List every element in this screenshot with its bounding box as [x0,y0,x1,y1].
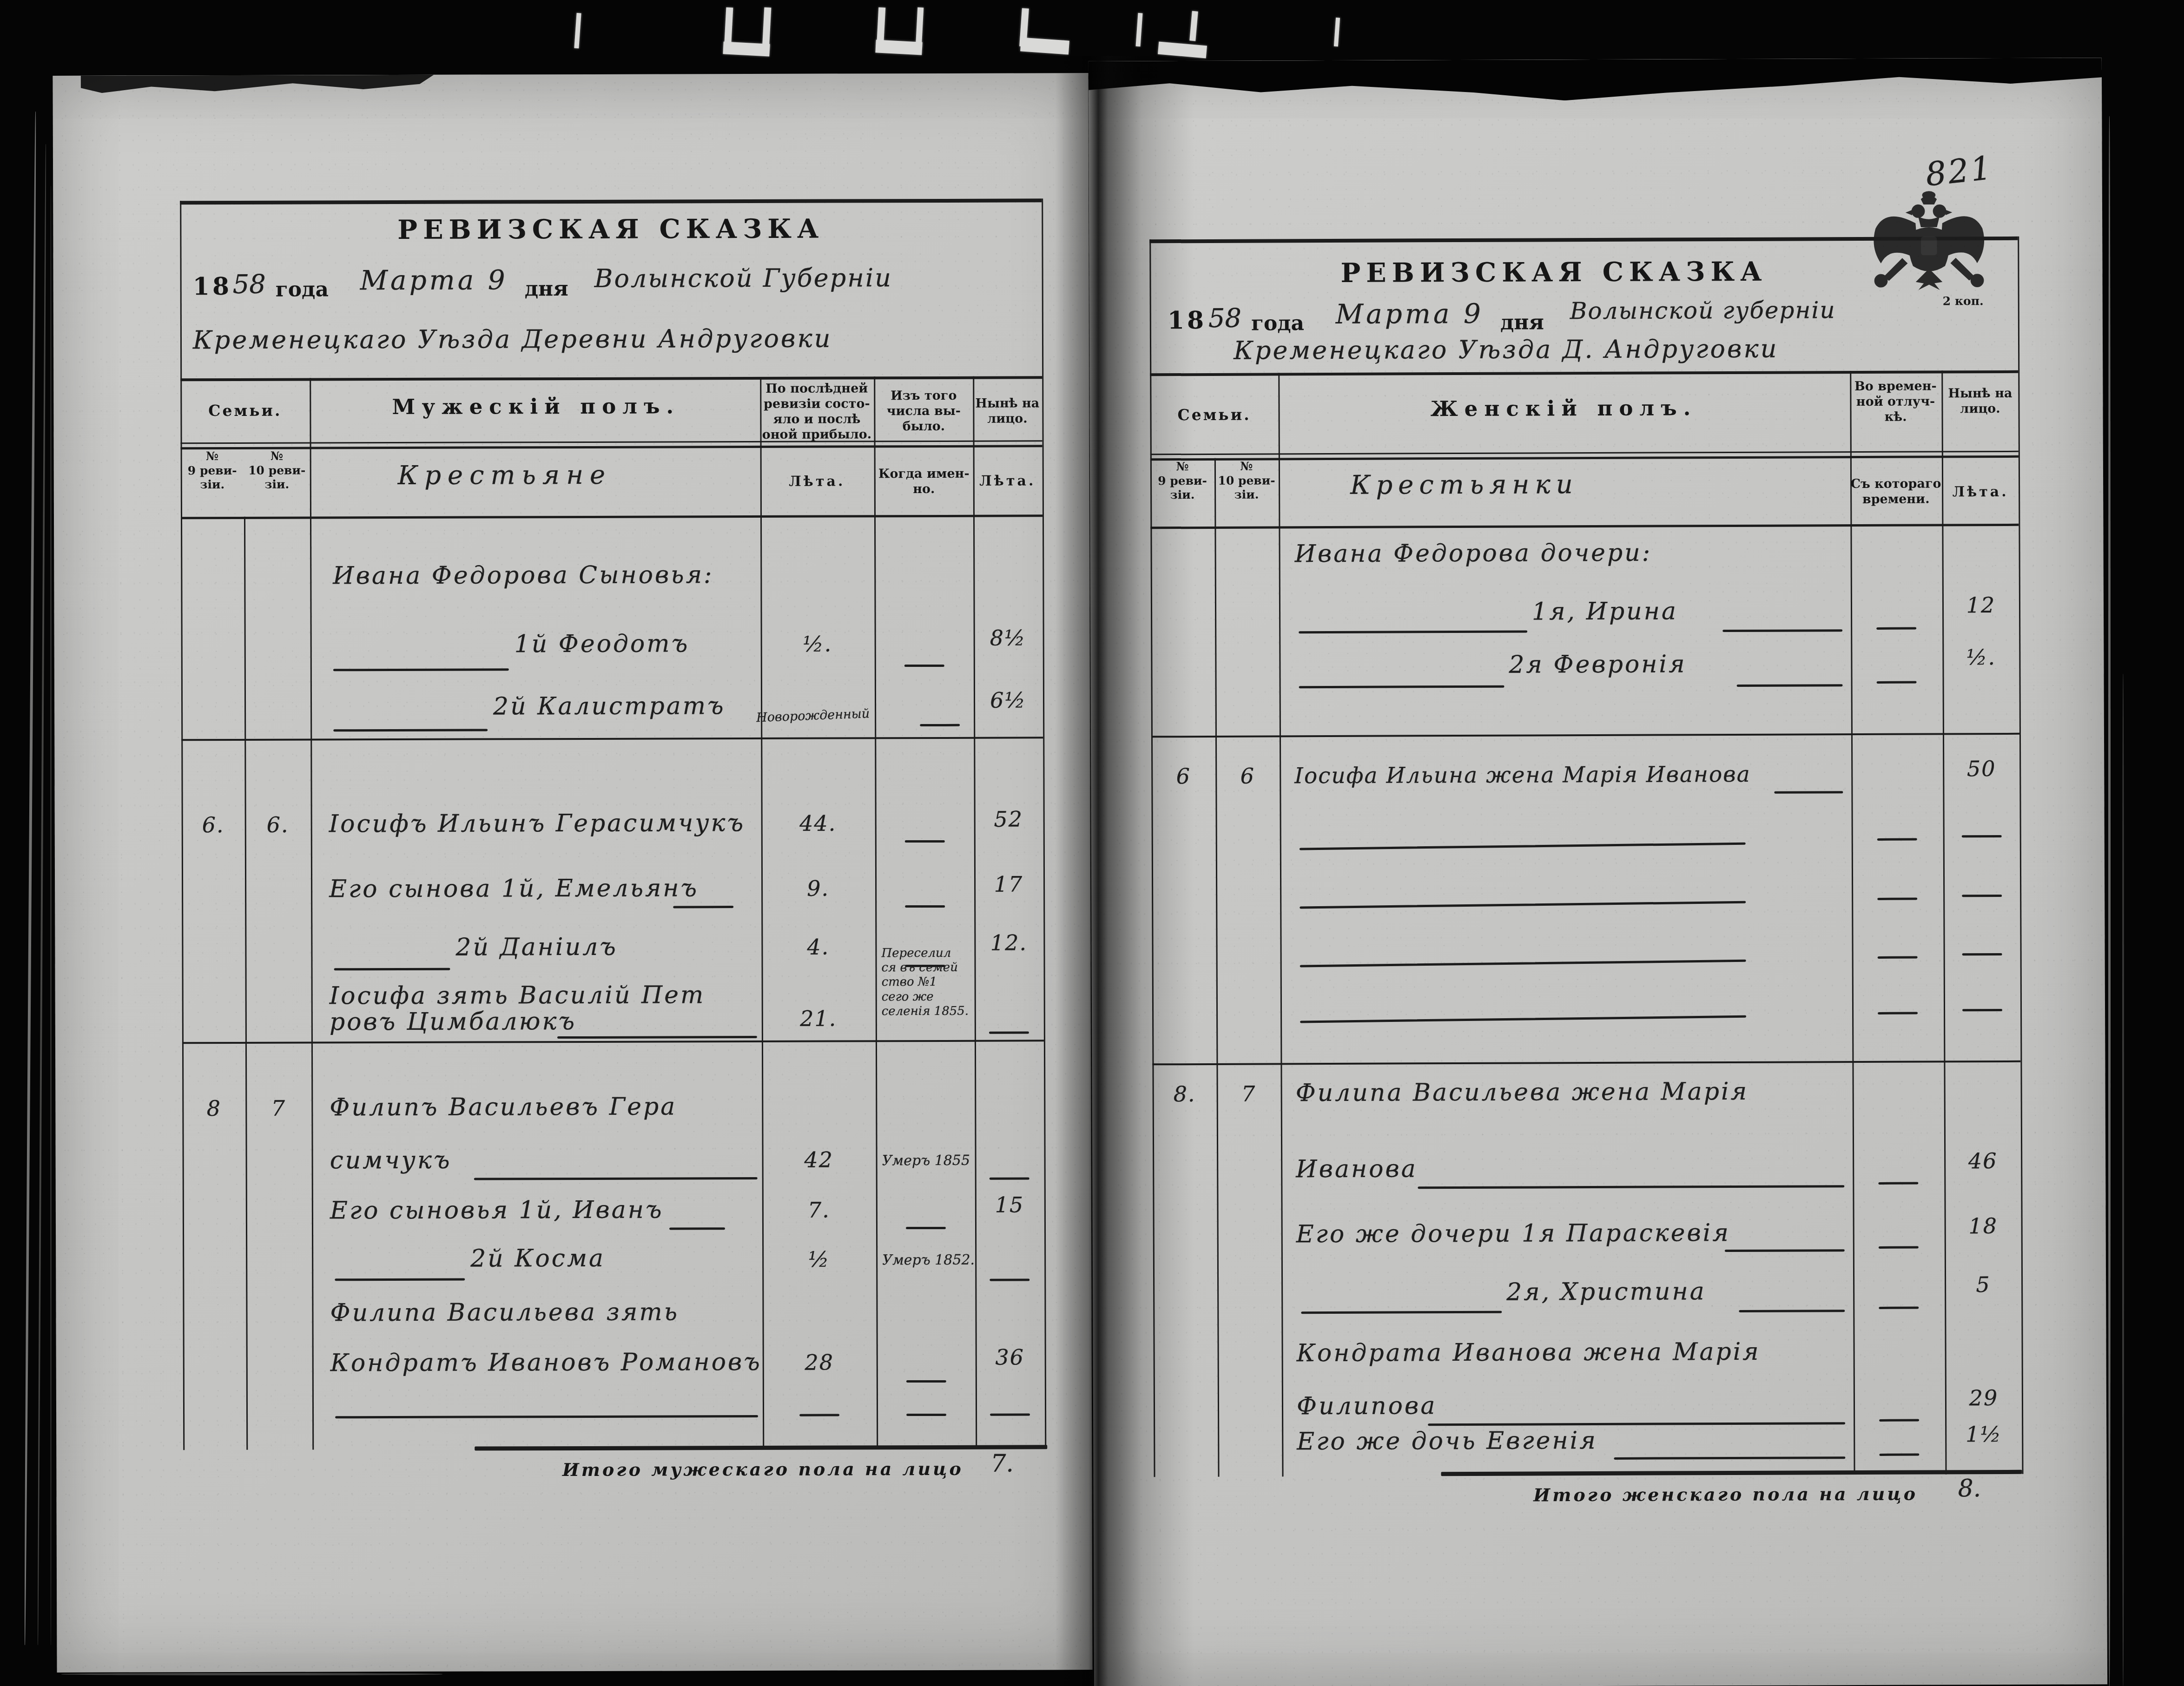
rule [1150,370,2018,376]
binding-gutter [1055,56,1194,1686]
entry-name: Ивана Федорова Сыновья: [333,561,713,590]
family-no-10: 6 [1240,764,1255,789]
entry-name: 2я Февронія [1509,650,1686,678]
age-now: 36 [995,1344,1024,1370]
entry-name: Его сынова 1й, Емельянъ [329,874,699,903]
rule [1042,198,1046,1448]
underline [1722,629,1842,632]
col-away: Во времен- ной отлуч- кѣ. [1854,379,1937,425]
rule [310,378,314,1449]
col-since: Съ котораго времени. [1851,476,1941,507]
place-line: Кременецкаго Уѣзда Д. Андруговки [1234,334,1779,365]
dash [1878,1012,1918,1014]
page-number: 821 [1924,149,1995,194]
col-family: Семьи. [208,402,282,420]
scan-artifact [1334,18,1340,46]
col-present: Нынѣ на лицо. [1948,386,2012,417]
newborn-note: Новорожденный [756,706,870,725]
date-hand-month-day: Марта 9 [360,264,508,296]
col-present: Нынѣ на лицо. [975,396,1039,427]
page-edge [23,112,37,1645]
scanned-document: РЕВИЗСКАЯ СКАЗКА 18 58 года Марта 9 дня … [0,0,2184,1686]
age-last-revision: 44. [799,811,836,836]
date-hand-month-day: Марта 9 [1336,298,1484,330]
dash [1962,835,2002,837]
col-rev9: № 9 реви- зіи. [188,449,237,492]
dash [905,840,945,843]
rule [475,1445,1047,1450]
left-page: РЕВИЗСКАЯ СКАЗКА 18 58 года Марта 9 дня … [53,73,1093,1673]
underline [1428,1422,1845,1426]
dash [1877,898,1917,900]
right-page: 821 2 коп. [1089,58,2107,1686]
col-years-b: Лѣта. [979,473,1036,489]
entry-name: симчукъ [330,1146,452,1175]
total-label: Итого женскаго пола на лицо [1533,1483,1918,1506]
underline [333,668,509,671]
entry-name: Филипа Васильева зять [330,1298,679,1327]
rule [180,198,1042,204]
relocation-note: Переселил ся въ семей ство №1 сего же се… [881,946,974,1019]
group-label: Крестьяне [398,460,612,491]
rule [1152,1060,2020,1066]
dash [1877,681,1917,684]
date-printed-dnya: дня [1500,310,1544,334]
underline [1614,1456,1845,1460]
dash [905,905,945,908]
underline [1300,960,1746,968]
date-hand-year: 58 [233,270,266,300]
death-note: Умеръ 1852. [882,1252,975,1269]
entry-name: 2й Косма [470,1245,605,1273]
age-now: 50 [1967,756,1996,781]
dash [1879,1419,1919,1422]
date-hand-province: Волынской Губерніи [594,263,892,293]
col-last-revision: По послѣдней ревизіи состо- яло и послѣ … [762,381,872,442]
col-gender: Мужескій полъ. [392,394,680,419]
scan-artifact [1136,13,1143,47]
entry-name: Кондрата Иванова жена Марія [1297,1338,1761,1367]
entry-name: Іосифа зять Василій Пет [330,981,706,1010]
underline [333,729,488,731]
underline [1299,631,1527,634]
dash [1962,1009,2002,1011]
family-no-10: 7 [271,1096,286,1121]
dash [799,1414,839,1416]
age-now: 5 [1976,1272,1990,1297]
rule [760,377,764,1449]
dash [990,1177,1029,1179]
age-now: 46 [1968,1148,1998,1173]
dash [990,1413,1030,1416]
col-rev10: № 10 реви- зіи. [1218,459,1275,502]
age-now: 52 [994,806,1023,831]
page-title: РЕВИЗСКАЯ СКАЗКА [397,213,824,245]
entry-name: 2й Даніилъ [455,933,618,962]
rule [1150,451,2019,455]
dash [1878,1182,1918,1185]
rule [1150,455,2019,461]
underline [335,1415,758,1418]
dash [1879,1307,1919,1309]
page-edge [2108,116,2111,1686]
rule [2018,237,2023,1474]
date-printed-goda: года [1251,311,1304,335]
age-last-revision: 4. [807,935,829,960]
age-last-revision: 7. [808,1198,830,1223]
entry-name: Филипова [1297,1392,1437,1420]
col-rev10: № 10 реви- зіи. [248,449,305,492]
rule [1151,733,2019,738]
entry-name: Ивана Федорова дочери: [1294,539,1652,568]
entry-name: Филипъ Васильевъ Гера [330,1093,677,1121]
age-now: ½. [1966,645,1996,670]
entry-name: 2я, Христина [1506,1278,1706,1306]
age-now: 15 [995,1192,1024,1217]
date-printed-dnya: дня [525,277,568,301]
dash [989,1031,1029,1034]
stamp-denomination: 2 коп. [1943,294,1984,308]
entry-name: Его же дочери 1я Параскевія [1296,1219,1730,1248]
col-gender: Женскій полъ. [1431,395,1697,421]
age-last-revision: ½. [803,632,832,657]
death-note: Умеръ 1855 [882,1153,970,1169]
entry-name: 1й Феодотъ [515,630,690,658]
scan-smudge [81,75,434,96]
rule [180,201,185,1450]
underline [669,1227,725,1230]
page-edge [61,1673,442,1675]
dash [1876,627,1916,630]
underline [1301,1311,1502,1314]
date-printed-18: 18 [193,272,232,301]
place-line: Кременецкаго Уѣзда Деревни Андруговки [193,324,832,355]
age-last-revision: 42 [804,1147,833,1172]
scan-artifact [1189,11,1198,41]
age-now: 8½ [990,625,1026,650]
family-no-9: 8 [207,1096,221,1121]
age-now: 29 [1969,1385,1999,1410]
page-title: РЕВИЗСКАЯ СКАЗКА [1340,256,1767,289]
underline [1300,1015,1746,1023]
scan-artifact [1020,37,1069,54]
date-hand-province: Волынской губерніи [1570,296,1836,324]
underline [474,1177,758,1180]
underline [1300,843,1746,850]
entry-name: Кондратъ Ивановъ Романовъ [330,1348,762,1377]
rule [244,517,248,1450]
age-now: 1½ [1966,1422,2002,1447]
dash [906,1227,946,1229]
page-edge [50,186,52,1645]
underline [1774,791,1843,794]
total-value: 8. [1958,1475,1981,1502]
scan-artifact [875,40,922,55]
torn-edge [1089,58,2102,108]
dash [1878,956,1918,959]
rule [1941,370,1946,1474]
age-now: 17 [994,871,1023,896]
rule [1150,524,2019,529]
age-last-revision: 28 [805,1350,834,1375]
underline [335,1278,465,1281]
dash [1877,838,1917,841]
underline [1739,1310,1845,1312]
scan-artifact [723,41,770,56]
underline [1725,1249,1845,1252]
rule [874,376,878,1448]
dash [904,665,944,667]
page-edge [37,144,47,1645]
family-no-10: 6. [267,812,289,837]
entry-name: ровъ Цимбалюкъ [330,1008,576,1036]
total-label: Итого мужескаго пола на лицо [562,1458,963,1480]
imperial-eagle-stamp [1861,188,1997,296]
dash [1962,953,2002,955]
col-when: Когда имен- но. [878,467,970,497]
underline [557,1036,757,1039]
scan-artifact [574,13,581,49]
age-now: 6½ [990,687,1026,712]
age-last-revision: 9. [807,876,829,901]
family-no-9: 6. [202,812,224,837]
rule [1850,371,1855,1475]
entry-name: Его сыновья 1й, Иванъ [330,1196,664,1225]
age-now: 12. [990,930,1027,955]
rule [1214,458,1220,1477]
entry-name: Филипа Васильева жена Марія [1296,1078,1749,1107]
age-last-revision: ½ [808,1247,830,1272]
total-value: 7. [990,1450,1014,1478]
rule [1441,1470,2022,1476]
entry-name: 2й Калистратъ [493,692,726,720]
age-now: 18 [1968,1213,1998,1238]
age-last-revision: 21. [800,1006,837,1031]
date-hand-year: 58 [1208,303,1241,334]
entry-name: Іосифъ Ильинъ Герасимчукъ [329,809,746,838]
date-printed-goda: года [276,277,329,301]
underline [334,968,450,971]
underline [1300,901,1746,909]
entry-name: Иванова [1296,1155,1418,1183]
col-years: Лѣта. [1953,484,2009,500]
page-edge [2122,674,2124,1686]
group-label: Крестьянки [1350,469,1578,501]
rule [973,376,977,1448]
underline [1299,685,1504,689]
underline [1737,684,1843,687]
age-now: 12 [1966,593,1996,618]
dash [990,1278,1029,1281]
underline [673,906,733,908]
dash [906,1414,946,1416]
dash [1879,1246,1919,1249]
family-no-10: 7 [1241,1081,1256,1106]
col-departed: Изъ того числа вы- было. [887,389,961,435]
dash [920,724,960,726]
dash [1879,1454,1919,1456]
rule [1278,373,1283,1476]
entry-name: Іосифа Ильина жена Марія Иванова [1294,762,1751,789]
dash [1962,895,2002,897]
entry-name: 1я, Ирина [1532,597,1678,626]
underline [1418,1185,1844,1189]
entry-name: Его же дочь Евгенія [1297,1427,1597,1455]
col-years-a: Лѣта. [789,473,845,489]
dash [906,1380,946,1383]
